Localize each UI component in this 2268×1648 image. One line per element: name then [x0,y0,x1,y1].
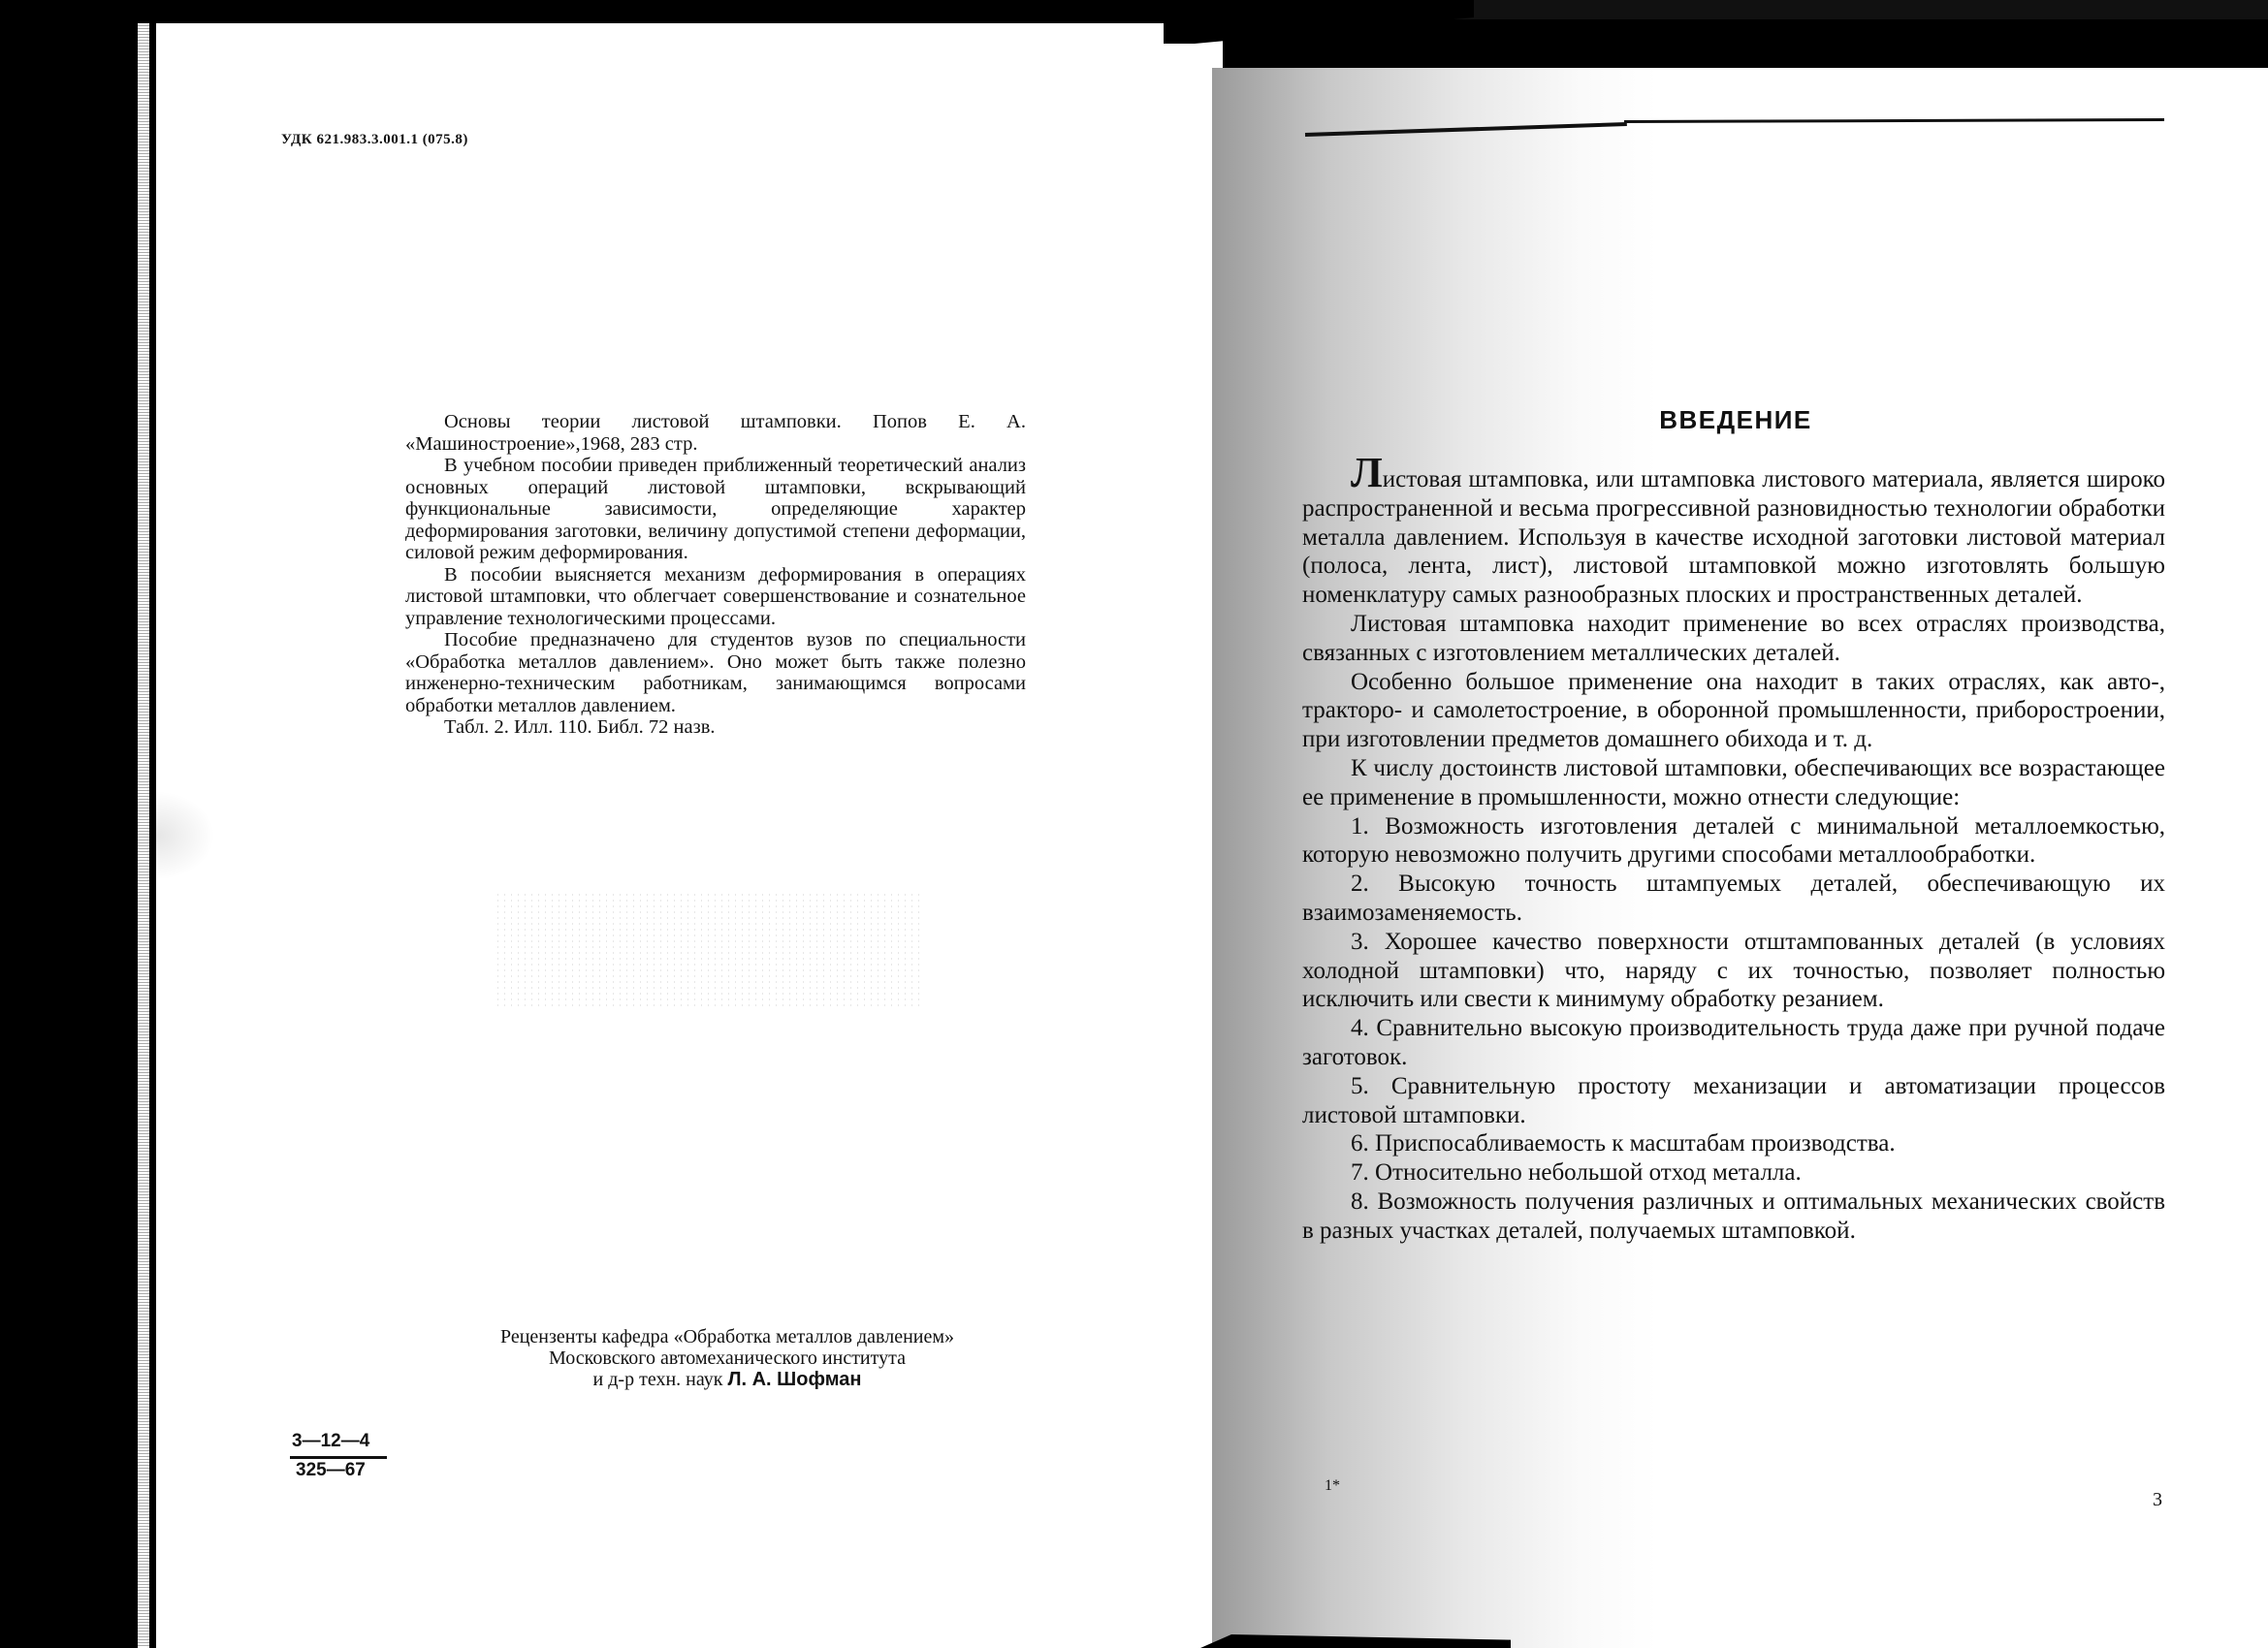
advantage-item: 7. Относительно небольшой отход металла. [1302,1158,2165,1188]
bibliographic-abstract: Основы теории листовой штамповки. Попов … [405,411,1026,739]
drop-cap: Л [1351,449,1383,496]
reviewer-title: и д-р техн. наук [593,1369,728,1390]
signature-mark: 1* [1325,1477,1340,1495]
left-page [156,23,1223,1648]
code-denominator: 325—67 [290,1456,387,1481]
body-paragraph: Листовая штамповка находит применение во… [1302,610,2165,668]
page-number: 3 [2153,1489,2162,1511]
advantage-item: 3. Хорошее качество поверхности отштампо… [1302,928,2165,1014]
book-spread-scan: УДК 621.983.3.001.1 (075.8) Основы теори… [0,0,2268,1648]
advantage-item: 8. Возможность получения различных и опт… [1302,1188,2165,1246]
scan-noise [495,892,921,1008]
reviewers-line: Рецензенты кафедра «Обработка металлов д… [407,1326,1047,1347]
udk-classification: УДК 621.983.3.001.1 (075.8) [281,132,468,148]
code-numerator: 3—12—4 [290,1431,387,1452]
page-edge-strip [138,23,149,1648]
reviewers-line: и д-р техн. наук Л. А. Шофман [407,1369,1047,1390]
body-paragraph: К числу достоинств листовой штамповки, о… [1302,754,2165,812]
reviewers-block: Рецензенты кафедра «Обработка металлов д… [407,1326,1047,1390]
abstract-stats: Табл. 2. Илл. 110. Библ. 72 назв. [405,716,1026,739]
publication-code: 3—12—4 325—67 [290,1431,387,1481]
advantage-item: 4. Сравнительно высокую производительнос… [1302,1014,2165,1072]
abstract-paragraph: В учебном пособии приведен приближенный … [405,455,1026,564]
reviewer-name: Л. А. Шофман [727,1369,861,1390]
advantage-item: 6. Приспосабливаемость к масштабам произ… [1302,1129,2165,1158]
advantage-item: 1. Возможность изготовления деталей с ми… [1302,812,2165,871]
body-paragraph: Особенно большое применение она находит … [1302,668,2165,754]
abstract-paragraph: В пособии выясняется механизм деформиров… [405,564,1026,630]
advantage-item: 2. Высокую точность штампуемых деталей, … [1302,870,2165,928]
reviewers-line: Московского автомеханического института [407,1347,1047,1369]
chapter-heading: ВВЕДЕНИЕ [1299,405,2172,435]
abstract-paragraph: Пособие предназначено для студентов вузо… [405,629,1026,716]
introduction-text: Листовая штамповка, или штамповка листов… [1302,460,2165,1246]
body-paragraph: Листовая штамповка, или штамповка листов… [1302,460,2165,610]
abstract-citation: Основы теории листовой штамповки. Попов … [405,411,1026,455]
gutter-top-shadow [1164,0,1474,44]
advantage-item: 5. Сравнительную простоту механизации и … [1302,1072,2165,1130]
